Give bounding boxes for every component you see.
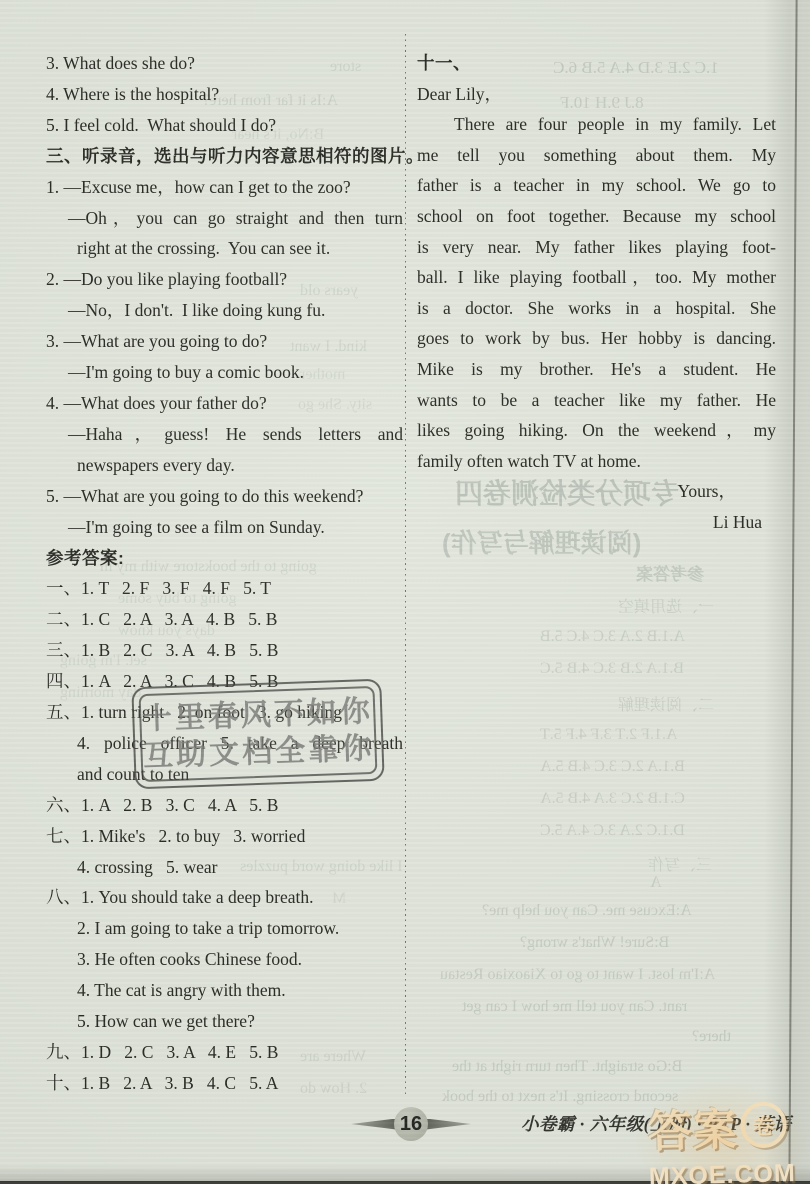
- letter-body-line: goes to work by bus. Her hobby is dancin…: [417, 323, 776, 354]
- bleedthrough-text: 一、选用填空: [618, 594, 714, 617]
- text-line: 十、1. B 2. A 3. B 4. C 5. A: [46, 1068, 403, 1099]
- text-line: 九、1. D 2. C 3. A 4. E 5. B: [46, 1037, 403, 1068]
- text-line: 二、1. C 2. A 3. A 4. B 5. B: [46, 604, 403, 635]
- letter-closing: Yours，: [417, 476, 776, 507]
- ribbon-left-arrow-icon: [351, 1119, 396, 1130]
- letter-salutation: Dear Lily，: [417, 79, 776, 110]
- text-line: 4. The cat is angry with them.: [46, 975, 403, 1006]
- bleedthrough-text: 二、阅读理解: [618, 692, 714, 715]
- text-line: 5. —What are you going to do this weeken…: [46, 481, 403, 512]
- text-line: 3. What does she do?: [46, 48, 403, 79]
- letter-body-line: There are four people in my family. Let: [417, 109, 776, 140]
- bleedthrough-text: 三、写作: [648, 852, 712, 875]
- letter-body-line: me tell you something about them. My: [417, 140, 776, 171]
- text-line: newspapers every day.: [46, 450, 403, 481]
- text-line: 一、1. T 2. F 3. F 4. F 5. T: [46, 573, 403, 604]
- text-line: —Haha，guess! He sends letters and: [46, 419, 403, 450]
- bleedthrough-text: B:Sure! What's wrong?: [520, 934, 669, 952]
- text-line: right at the crossing. You can see it.: [46, 233, 403, 264]
- bleedthrough-text: B:Go straight. Then turn right at the: [452, 1058, 682, 1076]
- text-line: 八、1. You should take a deep breath.: [46, 882, 403, 913]
- page-number: 16: [394, 1107, 428, 1141]
- bleedthrough-text: A:I'm lost. I want to go to Xiaoxiao Res…: [440, 966, 715, 984]
- bleedthrough-text: there?: [692, 1028, 731, 1046]
- center-watermark-line2: 互助文档全靠你: [143, 730, 375, 775]
- letter-body-line: family often watch TV at home.: [417, 446, 776, 477]
- text-line: 三、1. B 2. C 3. A 4. B 5. B: [46, 635, 403, 666]
- left-column: 3. What does she do?4. Where is the hosp…: [46, 48, 403, 1099]
- letter-body-line: school on foot together. Because my scho…: [417, 201, 776, 232]
- center-watermark-stamp: 十里春风不如你 互助文档全靠你: [131, 679, 384, 790]
- text-line: 4. Where is the hospital?: [46, 79, 403, 110]
- text-line: —No，I don't. I like doing kung fu.: [46, 295, 403, 326]
- bleedthrough-text: B.1.A 2.B 3.C 4.B 5.C: [540, 660, 684, 678]
- section-heading: 三、听录音，选出与听力内容意思相符的图片。: [46, 141, 403, 172]
- letter-signature: Li Hua: [417, 507, 776, 538]
- center-watermark-inner-border: 十里春风不如你 互助文档全靠你: [139, 686, 378, 782]
- site-watermark-circle-logo-icon: 卷: [740, 1101, 787, 1148]
- bleedthrough-text: 参考答案: [636, 560, 704, 585]
- workbook-page: { "colors": { "paper": "#e2e6dc", "ink":…: [0, 0, 810, 1184]
- letter-body-line: wants to be a teacher like my father. He: [417, 385, 776, 416]
- section-heading: 十一、: [417, 48, 776, 79]
- bleedthrough-text: D.1.C 2.A 3.C 4.A 5.C: [540, 822, 685, 840]
- text-line: 六、1. A 2. B 3. C 4. A 5. B: [46, 790, 403, 821]
- letter-body-line: is very near. My father likes playing fo…: [417, 232, 776, 263]
- text-line: 3. He often cooks Chinese food.: [46, 944, 403, 975]
- bleedthrough-text: A.1.B 2.A 3.C 4.C 5.B: [540, 628, 685, 646]
- ribbon-right-arrow-icon: [426, 1119, 471, 1130]
- page-number-ribbon: 16: [351, 1107, 471, 1141]
- site-watermark-url: MXQE.COM: [649, 1159, 797, 1184]
- bleedthrough-text: C.1.B 2.C 3.A 4.B 5.A: [540, 790, 685, 808]
- text-line: 2. I am going to take a trip tomorrow.: [46, 913, 403, 944]
- bleedthrough-text: rant. Can you tell me how I can get: [462, 998, 687, 1016]
- bleedthrough-text: second crossing. It's next to the book: [442, 1088, 678, 1106]
- column-divider: [405, 34, 406, 1096]
- letter-body-line: father is a teacher in my school. We go …: [417, 170, 776, 201]
- site-watermark-brand: 答案 卷: [647, 1092, 796, 1160]
- text-line: —I'm going to buy a comic book.: [46, 357, 403, 388]
- site-watermark: 答案 卷 MXQE.COM: [647, 1092, 796, 1184]
- letter-body-line: Mike is my brother. He's a student. He: [417, 354, 776, 385]
- letter-body-line: is a doctor. She works in a hospital. Sh…: [417, 293, 776, 324]
- text-line: 5. How can we get there?: [46, 1006, 403, 1037]
- letter-body: There are four people in my family. Letm…: [417, 109, 776, 476]
- text-line: 1. —Excuse me，how can I get to the zoo?: [46, 172, 403, 203]
- letter-body-line: ball. I like playing football，too. My mo…: [417, 262, 776, 293]
- right-column: 十一、 Dear Lily， There are four people in …: [417, 48, 776, 538]
- text-line: 5. I feel cold. What should I do?: [46, 110, 403, 141]
- text-line: 4. —What does your father do?: [46, 388, 403, 419]
- text-line: 七、1. Mike's 2. to buy 3. worried: [46, 821, 403, 852]
- section-heading: 参考答案:: [46, 543, 403, 574]
- bleedthrough-text: A:Excuse me. Can you help me?: [482, 902, 692, 920]
- bleedthrough-text: A.1.F 2.T 3.F 4.F 5.T: [540, 726, 678, 744]
- bleedthrough-text: A: [650, 874, 662, 892]
- text-line: —I'm going to see a film on Sunday.: [46, 512, 403, 543]
- text-line: —Oh，you can go straight and then turn: [46, 203, 403, 234]
- text-line: 3. —What are you going to do?: [46, 326, 403, 357]
- letter-body-line: likes going hiking. On the weekend，my: [417, 415, 776, 446]
- text-line: 2. —Do you like playing football?: [46, 264, 403, 295]
- bleedthrough-text: B.1.A 2.C 3.C 4.B 5.A: [540, 758, 685, 776]
- page-spine-line: [788, 0, 797, 1184]
- text-line: 4. crossing 5. wear: [46, 852, 403, 883]
- site-watermark-brand-text: 答案: [647, 1094, 739, 1160]
